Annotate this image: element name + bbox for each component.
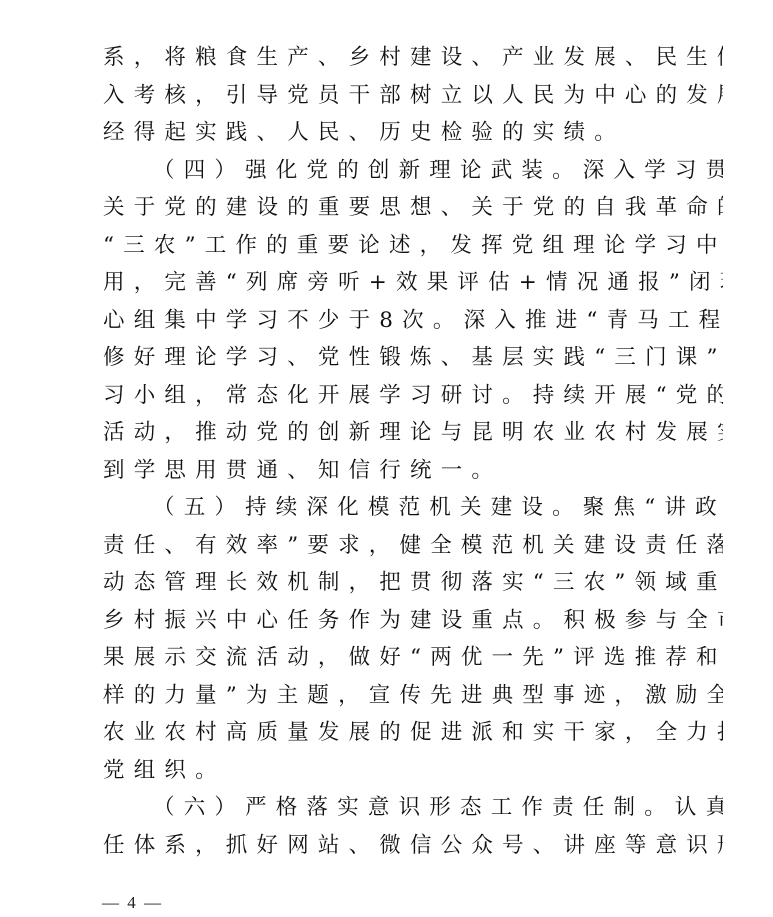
text-line: 任体系，抓好网站、微信公众号、讲座等意识形态阵地建设和管 [103, 831, 723, 861]
text-line: 经得起实践、人民、历史检验的实绩。 [103, 118, 723, 148]
section-heading-6: （六）严格落实意识形态工作责任制。认真落实“11348”责 [153, 793, 723, 823]
text-line: 关于党的建设的重要思想、关于党的自我革命的重要思想、关于 [103, 193, 723, 223]
text-line: 乡村振兴中心任务作为建设重点。积极参与全市模范机关建设成 [103, 606, 723, 636]
text-line: 系，将粮食生产、乡村建设、产业发展、民生保障等核心工作纳 [103, 43, 723, 73]
text-line: 用，完善“列席旁听+效果评估+情况通报”闭环机制，全年开展中 [103, 268, 723, 298]
section-heading-4: （四）强化党的创新理论武装。深入学习贯彻习近平总书记 [153, 156, 723, 186]
text-line: 样的力量”为主题，宣传先进典型事迹，激励全局党员干部争当 [103, 681, 723, 711]
text-line: 入考核，引导党员干部树立以人民为中心的发展思想，努力创造 [103, 81, 723, 111]
section-heading-5: （五）持续深化模范机关建设。聚焦“讲政治、守纪律、负 [153, 493, 723, 523]
text-line: 果展示交流活动，做好“两优一先”评选推荐和宣传工作，以“榜 [103, 643, 723, 673]
text-line: 活动，推动党的创新理论与昆明农业农村发展实践深度结合，做 [103, 418, 723, 448]
text-line: 修好理论学习、党性锻炼、基层实践“三门课”，成立青年理论学 [103, 343, 723, 373]
text-line: “三农”工作的重要论述，发挥党组理论学习中心组示范带动作 [103, 231, 723, 261]
text-line: 心组集中学习不少于8次。深入推进“青马工程”，推动机关青年 [103, 306, 723, 336]
document-page: 系，将粮食生产、乡村建设、产业发展、民生保障等核心工作纳 入考核，引导党员干部树… [0, 0, 773, 917]
text-line: 责任、有效率”要求，健全模范机关建设责任落实、督促检查、 [103, 531, 723, 561]
text-line: 农业农村高质量发展的促进派和实干家，全力打造市级模范机关 [103, 718, 723, 748]
page-number: — 4 — [102, 893, 163, 913]
text-line: 党组织。 [103, 756, 723, 786]
text-line: 习小组，常态化开展学习研讨。持续开展“党的创新理论我来讲” [103, 381, 723, 411]
text-line: 到学思用贯通、知信行统一。 [103, 456, 723, 486]
text-line: 动态管理长效机制，把贯彻落实“三农”领域重大决策部署、完成 [103, 568, 723, 598]
